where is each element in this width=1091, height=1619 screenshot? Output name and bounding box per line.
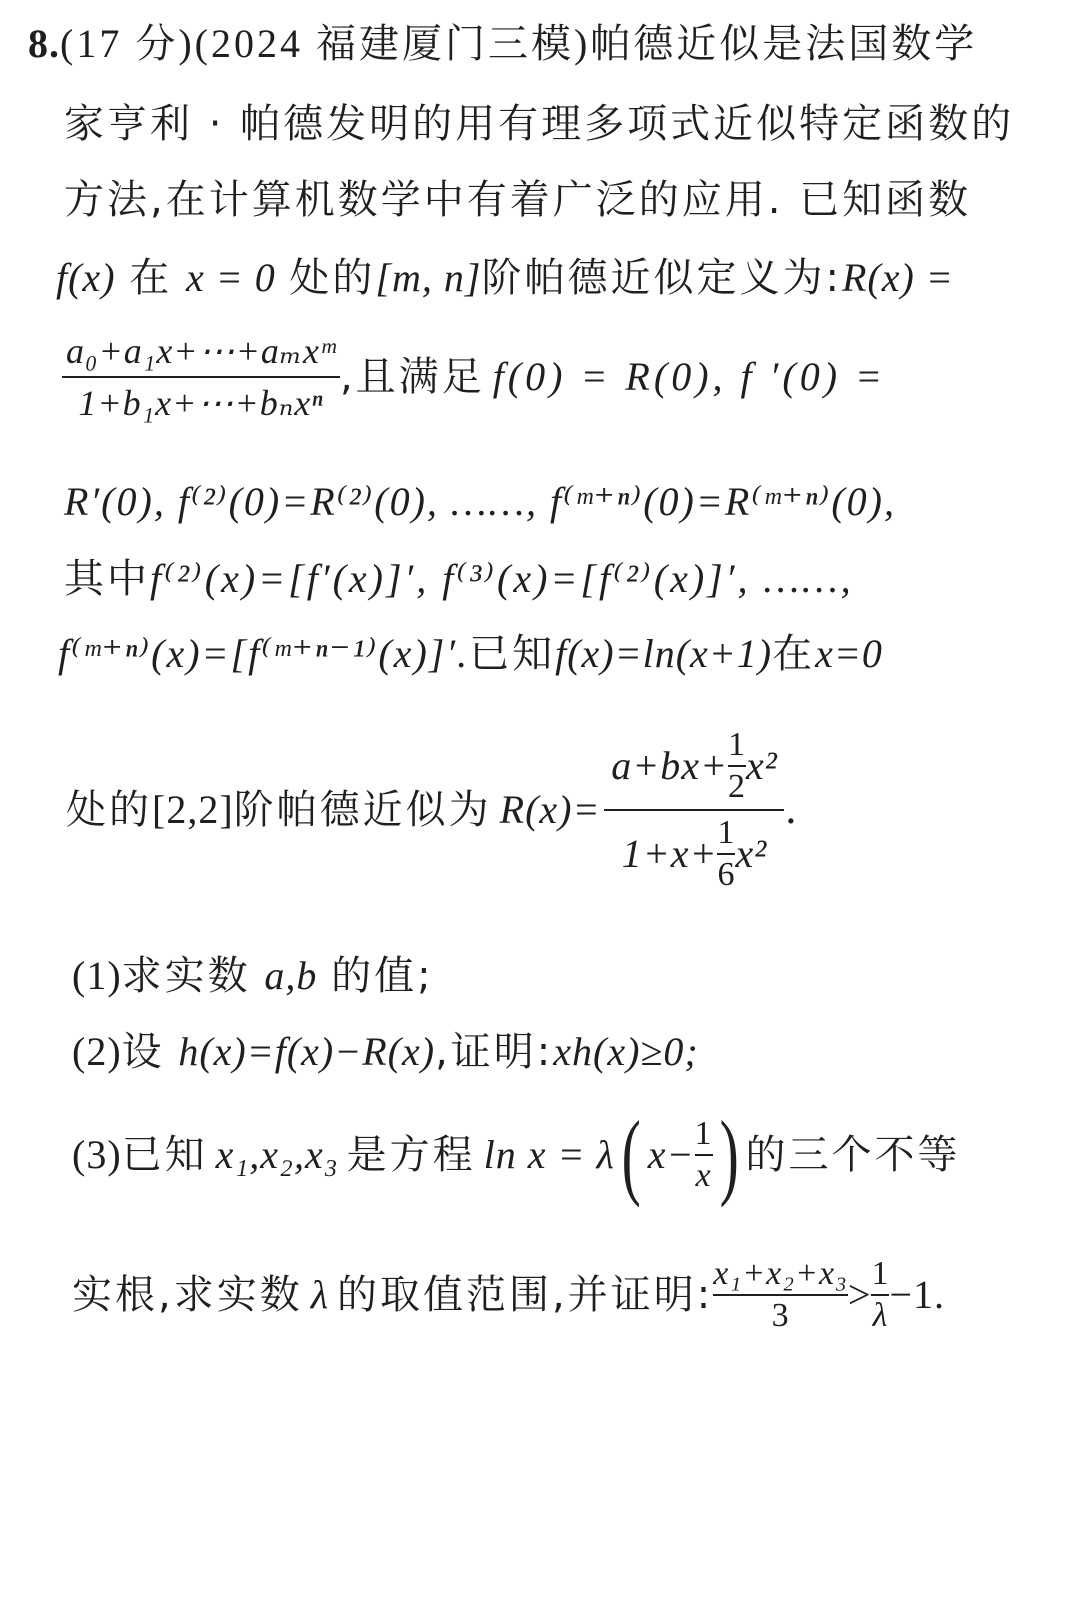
left-paren: ( [621,1107,641,1203]
function-f: f(x) [56,255,116,300]
sixth-den: 6 [717,857,735,893]
mean-bar [713,1294,848,1296]
pade-numerator: a+bx+ 12 x² [607,727,782,805]
part-2-label: (2) [72,1029,122,1074]
ol-den: λ [873,1298,889,1334]
higher-derivative-def: f⁽ᵐ⁺ⁿ⁾(x)=[f⁽ᵐ⁺ⁿ⁻¹⁾(x)]′. [58,631,469,676]
intro-text-3: 方法,在计算机数学中有着广泛的应用. 已知函数 [64,176,971,224]
problem-header-line: 8.(17 分)(2024 福建厦门三模)帕德近似是法国数学 [28,20,977,68]
ox-num: 1 [695,1116,713,1152]
pade-general-fraction-line: a₀+a₁x+⋯+aₘxᵐ 1+b₁x+⋯+bₙxⁿ ,且满足 f(0) = R… [62,330,886,424]
part-2: (2)设 h(x)=f(x)−R(x),证明:xh(x)≥0; [72,1028,699,1076]
part-1-vars: a,b [264,953,317,998]
lambda: λ [311,1271,329,1319]
fraction-numerator: a₀+a₁x+⋯+aₘxᵐ [62,330,340,372]
text-pade-is: 阶帕德近似为 [234,786,492,834]
intro-text-2: 家亨利 · 帕德发明的用有理多项式近似特定函数的 [64,100,1014,148]
ol-bar [871,1294,889,1296]
part-1: (1)求实数 a,b 的值; [72,952,434,1000]
condition-f0-R0: f(0) = R(0), f ′(0) = [493,353,886,401]
fraction-bar [62,376,340,378]
text-zai: 在 [129,255,172,301]
minus-one: −1. [889,1271,945,1319]
den-linear-terms: 1+x+ [622,830,718,878]
one-over-x: 1x [695,1116,713,1194]
pade-22-fraction: a+bx+ 12 x² 1+x+ 16 x² [604,727,784,893]
R-of-x-2: R(x)= [500,786,601,834]
text-and-satisfies: ,且满足 [340,353,485,401]
text-known: 已知 [469,631,555,677]
main-fraction-bar [604,809,784,811]
half-bar [728,765,746,767]
mean-fraction: x₁+x₂+x₃3 [713,1256,848,1334]
part-1-text-2: 的值; [331,953,433,999]
text-at: 在 [772,631,815,677]
text-chu-de-2: 处的 [66,786,152,834]
problem-source: (2024 福建厦门三模) [195,21,591,66]
half-den: 2 [728,769,746,805]
part-3-label: (3) [72,1131,122,1179]
sixth-bar [717,853,735,855]
fraction-denominator: 1+b₁x+⋯+bₙxⁿ [74,382,327,424]
part-3-roots: x₁,x₂,x₃ [216,1131,339,1179]
intro-text-1: 帕德近似是法国数学 [590,21,977,67]
text-where: 其中 [64,556,150,602]
ox-den: x [695,1158,711,1194]
definition-line: f(x) 在 x = 0 处的[m, n]阶帕德近似定义为:R(x) = [56,254,954,302]
sixth-fraction: 16 [717,815,735,893]
ox-bar [695,1154,713,1156]
part-2-text: 设 [122,1029,165,1075]
num-linear-terms: a+bx+ [611,742,728,790]
x-equals-0-b: x=0 [815,631,883,676]
function-ln: f(x)=ln(x+1) [555,631,772,676]
equation-left: ln x = λ [484,1131,615,1179]
greater-than: > [848,1271,872,1319]
x-equals-0: x = 0 [186,255,276,300]
order-22: [2,2] [152,786,234,834]
pade-general-fraction: a₀+a₁x+⋯+aₘxᵐ 1+b₁x+⋯+bₙxⁿ [62,330,340,424]
period: . [784,786,798,834]
part-1-text: 求实数 [122,953,251,999]
known-function-line: f⁽ᵐ⁺ⁿ⁾(x)=[f⁽ᵐ⁺ⁿ⁻¹⁾(x)]′.已知f(x)=ln(x+1)在… [58,630,883,678]
R-of-x: R(x) = [842,255,954,300]
text-definition: 阶帕德近似定义为: [481,255,841,301]
where-line: 其中f⁽²⁾(x)=[f′(x)]′, f⁽³⁾(x)=[f⁽²⁾(x)]′, … [64,555,854,603]
derivative-definitions: f⁽²⁾(x)=[f′(x)]′, f⁽³⁾(x)=[f⁽²⁾(x)]′, ……… [150,556,854,601]
part-3-line-2: 实根,求实数 λ 的取值范围,并证明: x₁+x₂+x₃3 > 1λ −1. [72,1240,945,1350]
den-x-squared: x² [735,830,767,878]
part-3-line-1: (3)已知 x₁,x₂,x₃ 是方程 ln x = λ ( x− 1x ) 的三… [72,1100,961,1210]
text-chu-de: 处的 [289,255,375,301]
mean-num: x₁+x₂+x₃ [713,1256,848,1292]
half-fraction: 12 [728,727,746,805]
part-3-range-prove: 的取值范围,并证明: [337,1271,713,1319]
part-3-text: 已知 [122,1131,208,1179]
part-3-real-roots: 实根,求实数 [72,1271,303,1319]
part-3-text-end: 的三个不等 [746,1131,961,1179]
ol-num: 1 [871,1256,889,1292]
part-2-claim: xh(x)≥0; [553,1029,698,1074]
num-x-squared: x² [746,742,778,790]
sixth-num: 1 [717,815,735,851]
problem-number: 8. [28,21,60,66]
pade-22-line: 处的[2,2]阶帕德近似为 R(x)= a+bx+ 12 x² 1+x+ 16 … [66,700,798,920]
problem-points: (17 分) [60,21,195,66]
order-mn: [m, n] [375,255,481,300]
part-2-prove: ,证明: [435,1029,553,1075]
part-3-equation-text: 是方程 [347,1131,476,1179]
derivative-conditions-line: R′(0), f⁽²⁾(0)=R⁽²⁾(0), ……, f⁽ᵐ⁺ⁿ⁾(0)=R⁽… [64,478,896,526]
right-paren: ) [719,1107,739,1203]
half-num: 1 [728,727,746,763]
part-1-label: (1) [72,953,122,998]
one-over-lambda: 1λ [871,1256,889,1334]
equation-inner: x− [648,1131,695,1179]
h-definition: h(x)=f(x)−R(x) [178,1029,435,1074]
mean-den: 3 [772,1298,790,1334]
pade-denominator: 1+x+ 16 x² [618,815,772,893]
